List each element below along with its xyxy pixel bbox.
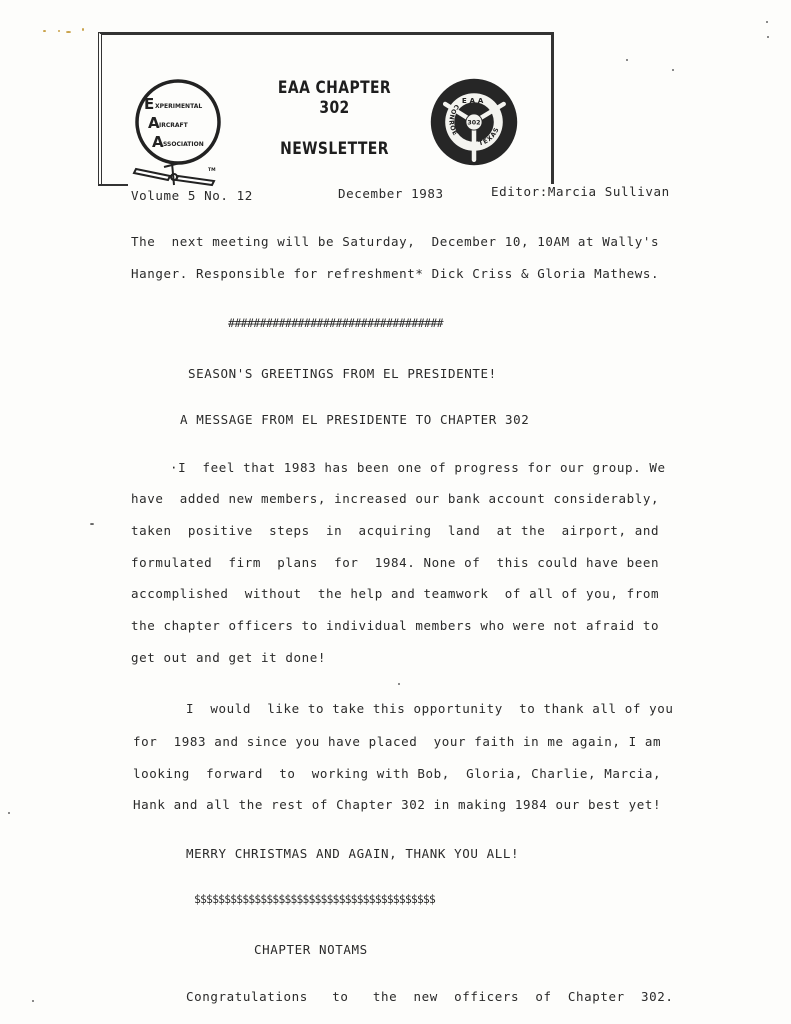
hash-divider: ##################################	[228, 316, 443, 330]
scan-speck	[32, 1000, 34, 1002]
scan-speck	[58, 30, 60, 32]
svg-text:EAA: EAA	[462, 96, 486, 105]
newsletter-page: E XPERIMENTAL A IRCRAFT A SSOCIATION TM …	[0, 0, 791, 1024]
svg-text:TM: TM	[208, 167, 216, 173]
scan-speck	[767, 36, 769, 38]
scan-speck	[66, 31, 71, 33]
meeting-notice-line-1: The next meeting will be Saturday, Decem…	[131, 234, 659, 249]
paragraph-line: accomplished without the help and teamwo…	[131, 586, 659, 601]
newsletter-title: NEWSLETTER	[267, 139, 402, 159]
issue-date: December 1983	[338, 186, 444, 201]
notams-line-1: Congratulations to the new officers of C…	[186, 989, 674, 1004]
greeting-heading: SEASON'S GREETINGS FROM EL PRESIDENTE!	[188, 366, 497, 381]
scan-speck	[43, 30, 46, 32]
svg-text:IRCRAFT: IRCRAFT	[159, 122, 189, 129]
scan-speck	[8, 812, 10, 814]
svg-text:E: E	[144, 95, 154, 113]
svg-text:XPERIMENTAL: XPERIMENTAL	[155, 103, 202, 110]
volume-number: Volume 5 No. 12	[131, 188, 253, 203]
closing-line: MERRY CHRISTMAS AND AGAIN, THANK YOU ALL…	[186, 846, 519, 861]
scan-speck	[766, 21, 768, 23]
paragraph-line: have added new members, increased our ba…	[131, 491, 659, 506]
paragraph-line: I would like to take this opportunity to…	[186, 701, 674, 716]
svg-text:SSOCIATION: SSOCIATION	[163, 141, 204, 148]
scan-speck	[672, 69, 674, 71]
paragraph-line: ·I feel that 1983 has been one of progre…	[170, 460, 755, 475]
notams-heading: CHAPTER NOTAMS	[254, 942, 368, 957]
newsletter-org-title: EAA CHAPTER 302	[267, 78, 402, 118]
paragraph-line: get out and get it done!	[131, 650, 326, 665]
paragraph-line: the chapter officers to individual membe…	[131, 618, 659, 633]
editor-credit: Editor:Marcia Sullivan	[491, 184, 670, 199]
scan-speck	[626, 59, 628, 61]
chapter-302-emblem-icon: 302 EAA CONROE TEXAS	[429, 77, 519, 167]
scan-speck	[398, 683, 400, 685]
paragraph-line: looking forward to working with Bob, Glo…	[133, 766, 661, 781]
paragraph-line: formulated firm plans for 1984. None of …	[131, 555, 659, 570]
paragraph-line: taken positive steps in acquiring land a…	[131, 523, 659, 538]
paragraph-line: for 1983 and since you have placed your …	[133, 734, 661, 749]
eaa-logo-icon: E XPERIMENTAL A IRCRAFT A SSOCIATION TM	[128, 77, 232, 187]
svg-text:302: 302	[467, 120, 480, 127]
scan-speck	[90, 523, 94, 525]
dollar-divider: $$$$$$$$$$$$$$$$$$$$$$$$$$$$$$$$$$$$$$$$	[194, 892, 435, 906]
masthead-box: E XPERIMENTAL A IRCRAFT A SSOCIATION TM …	[98, 32, 554, 184]
meeting-notice-line-2: Hanger. Responsible for refreshment* Dic…	[131, 266, 659, 281]
message-heading: A MESSAGE FROM EL PRESIDENTE TO CHAPTER …	[180, 412, 529, 427]
scan-speck	[82, 28, 84, 31]
paragraph-line: Hank and all the rest of Chapter 302 in …	[133, 797, 661, 812]
